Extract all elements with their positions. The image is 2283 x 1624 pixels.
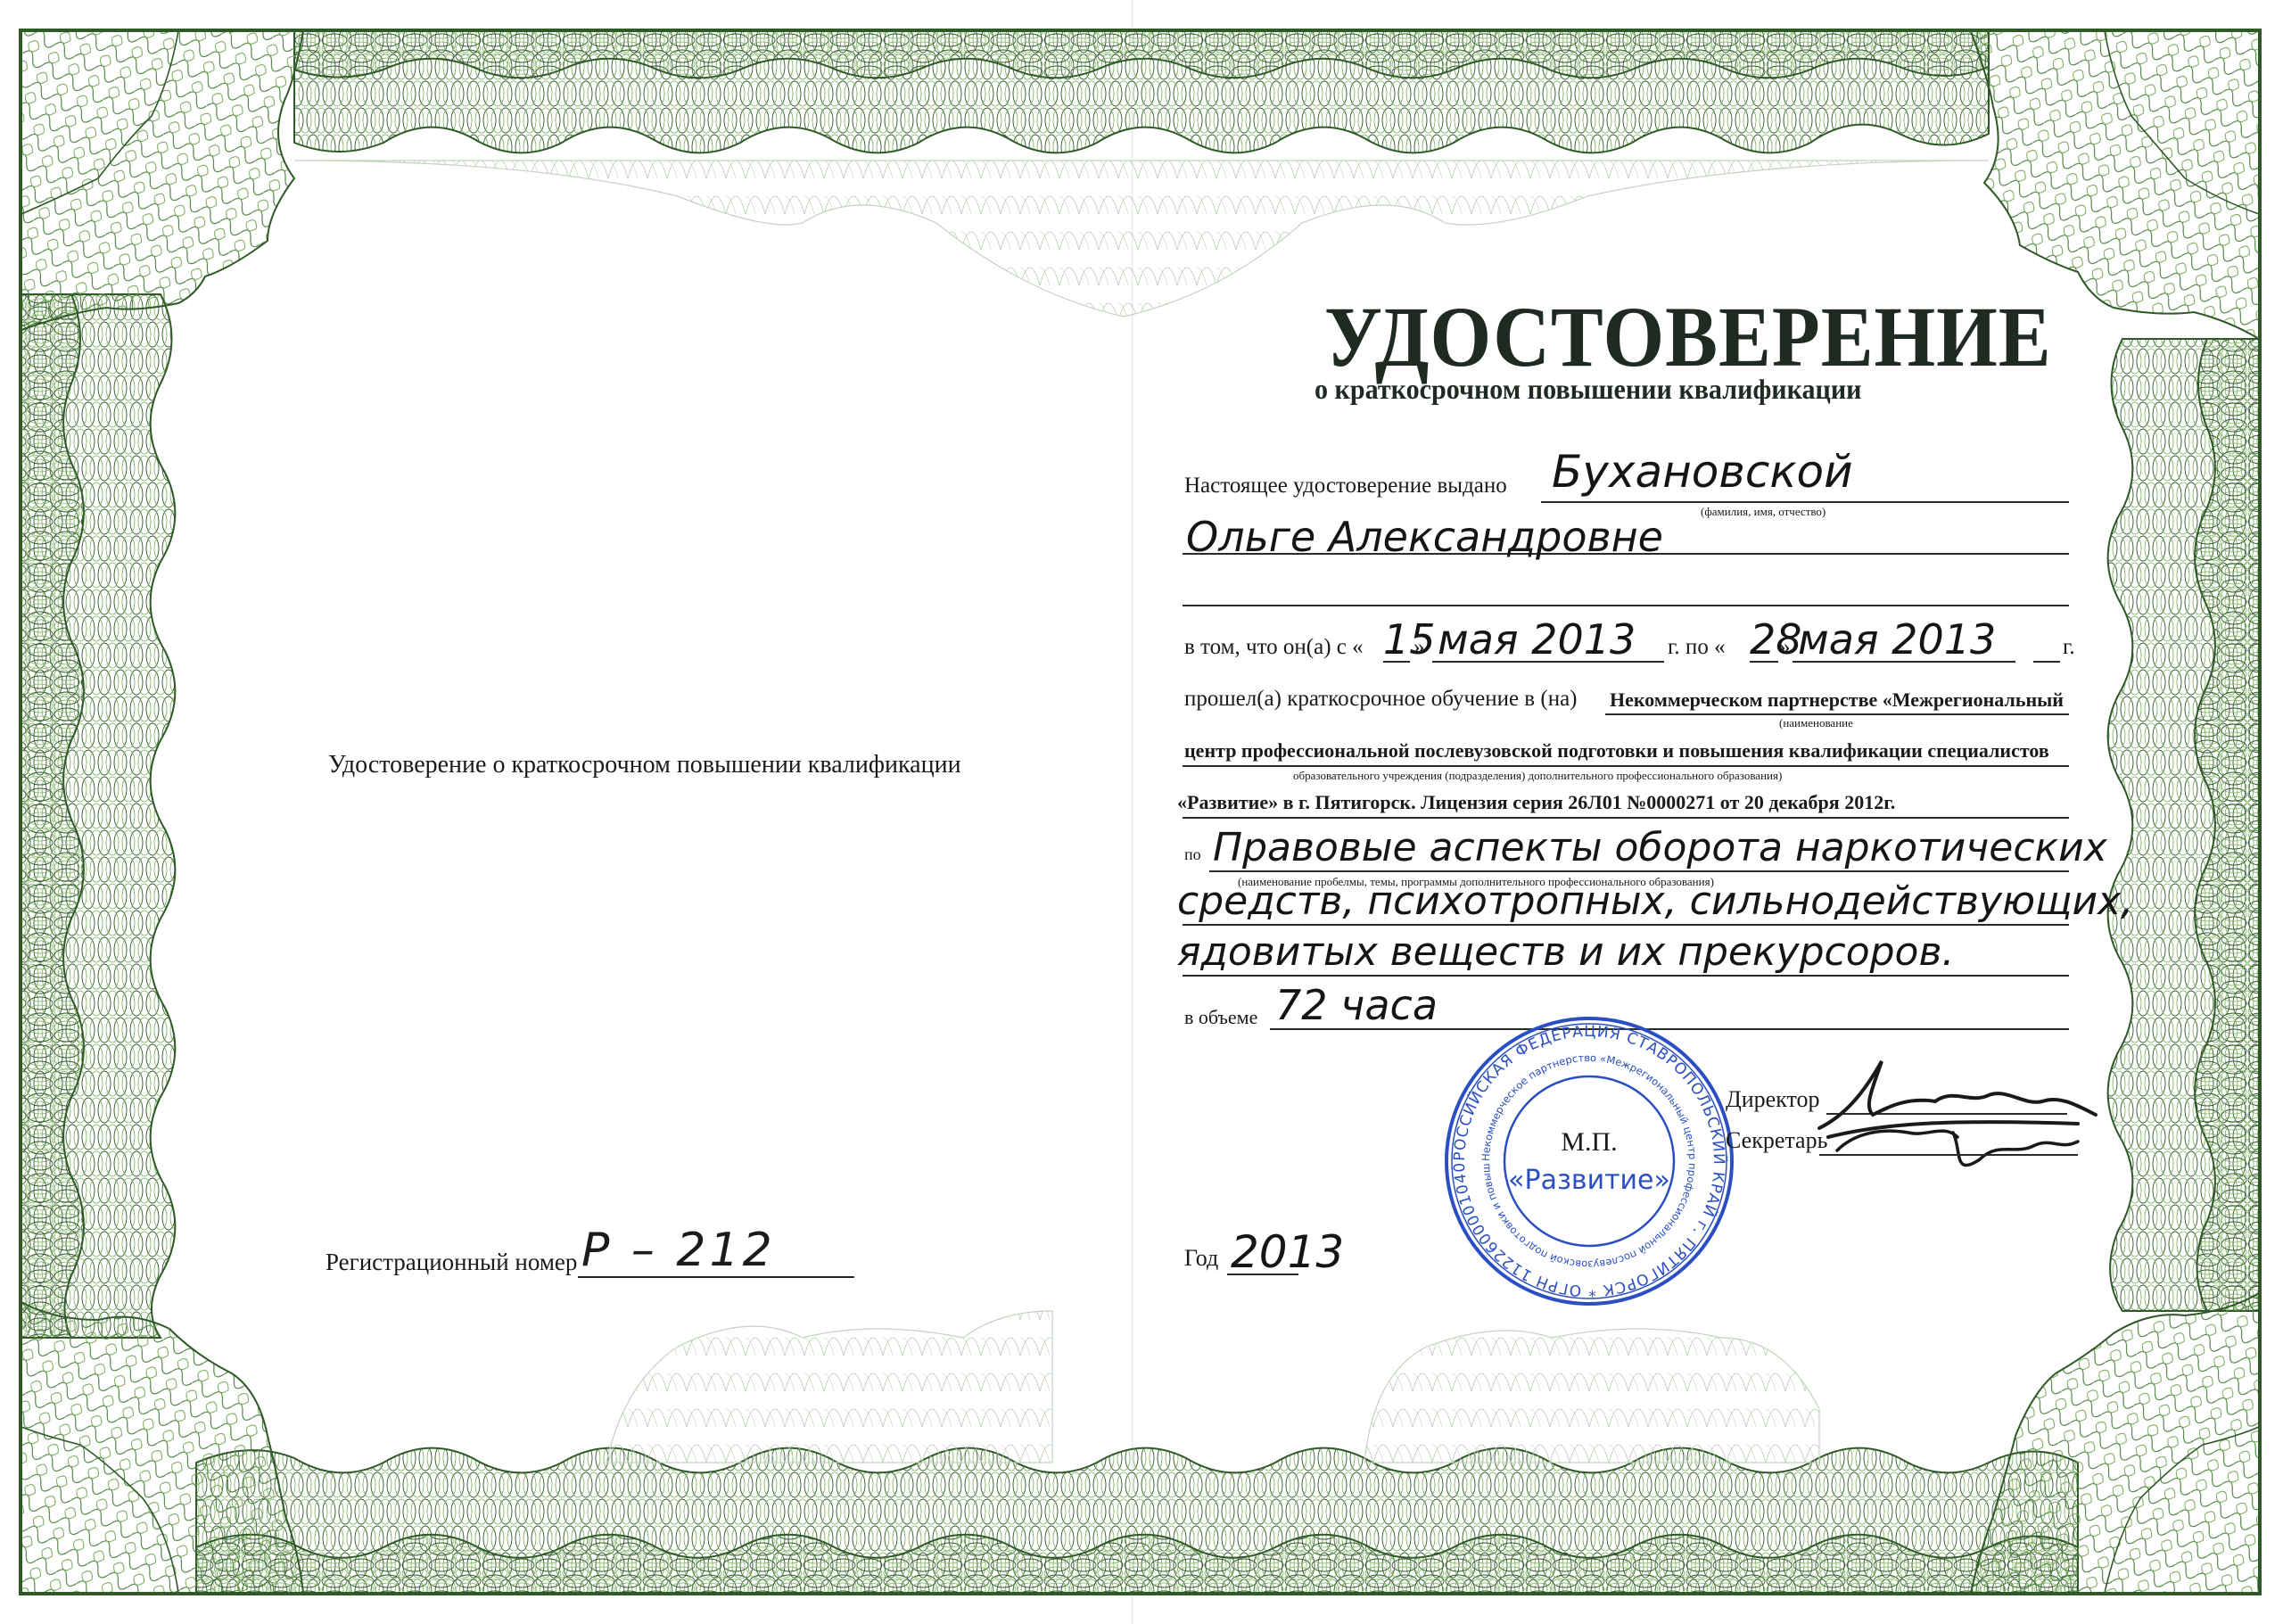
institution-text-2: центр профессиональной послевузовской по… bbox=[1184, 739, 2049, 763]
issued-to-label: Настоящее удостоверение выдано bbox=[1184, 474, 1507, 499]
full-name-caption: (фамилия, имя, отчество) bbox=[1701, 505, 1826, 519]
program-text-1: Правовые аспекты оборота наркотических bbox=[1213, 825, 2107, 870]
extra-name-line bbox=[1183, 605, 2069, 606]
institution-line-1 bbox=[1605, 713, 2069, 715]
program-line-2 bbox=[1183, 924, 2069, 926]
institution-label: прошел(а) краткосрочное обучение в (на) bbox=[1184, 687, 1578, 712]
program-text-2: средств, психотропных, сильнодействующих… bbox=[1177, 878, 2133, 924]
year-suffix-line bbox=[2033, 661, 2060, 663]
year-value: 2013 bbox=[1231, 1226, 1344, 1278]
left-page: Удостоверение о краткосрочном повышении … bbox=[0, 0, 1133, 1624]
volume-label: в объеме bbox=[1184, 1006, 1257, 1029]
year-label: Год bbox=[1184, 1245, 1218, 1272]
registration-number-label: Регистрационный номер bbox=[326, 1249, 577, 1276]
organization-stamp: РОССИЙСКАЯ ФЕДЕРАЦИЯ СТАВРОПОЛЬСКИЙ КРАЙ… bbox=[1440, 1012, 1738, 1310]
institution-caption-1: (наименование bbox=[1779, 716, 1853, 730]
recipient-name-patronymic: Ольге Александровне bbox=[1186, 513, 1663, 561]
left-page-caption: Удостоверение о краткосрочном повышении … bbox=[328, 751, 961, 779]
stamp-center-name: «Развитие» bbox=[1508, 1165, 1670, 1196]
period-label-mid3: » bbox=[1779, 635, 1791, 660]
institution-text-1: Некоммерческом партнерстве «Межрегиональ… bbox=[1610, 688, 2064, 712]
institution-line-2 bbox=[1183, 765, 2069, 767]
program-line-3 bbox=[1183, 975, 2069, 977]
volume-value: 72 часа bbox=[1275, 981, 1438, 1029]
period-label-suffix: г. bbox=[2063, 635, 2075, 660]
certificate-subtitle: о краткосрочном повышении квалификации bbox=[1315, 373, 1861, 406]
period-label-prefix: в том, что он(а) с « bbox=[1184, 635, 1364, 660]
surname-line bbox=[1541, 501, 2069, 503]
registration-number-value: Р – 212 bbox=[581, 1224, 776, 1277]
end-month-year: мая 2013 bbox=[1798, 615, 1996, 664]
program-line-1 bbox=[1209, 870, 2069, 872]
institution-caption-2: образовательного учреждения (подразделен… bbox=[1293, 769, 1782, 783]
secretary-signature-line bbox=[1819, 1154, 2078, 1156]
stamp-mp-label: М.П. bbox=[1561, 1127, 1617, 1157]
recipient-surname: Бухановской bbox=[1552, 446, 1853, 498]
program-text-3: ядовитых веществ и их прекурсоров. bbox=[1177, 929, 1954, 975]
certificate-title: УДОСТОВЕРЕНИЕ bbox=[1324, 287, 2052, 386]
start-day: 15 bbox=[1383, 615, 1436, 664]
director-label: Директор bbox=[1726, 1086, 1820, 1113]
start-month-year: мая 2013 bbox=[1438, 615, 1636, 664]
secretary-label: Секретарь bbox=[1726, 1127, 1827, 1154]
program-label: по bbox=[1184, 845, 1201, 864]
end-day: 28 bbox=[1750, 615, 1802, 664]
period-label-mid1: » bbox=[1413, 635, 1425, 660]
institution-line-3 bbox=[1183, 817, 2069, 819]
director-signature bbox=[1810, 1052, 2105, 1186]
period-label-mid2: г. по « bbox=[1668, 635, 1726, 660]
institution-text-3: «Развитие» в г. Пятигорск. Лицензия сери… bbox=[1177, 791, 1895, 814]
